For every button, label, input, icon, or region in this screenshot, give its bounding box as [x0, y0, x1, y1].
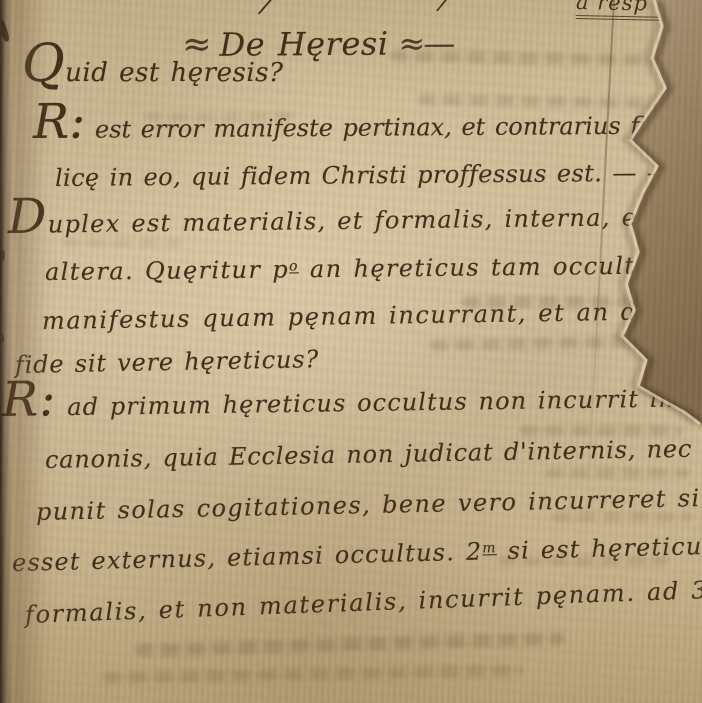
manuscript-text: ∕ ∕ à resp ≈De Hęresi≈— Quid est hęresis…: [0, 0, 702, 703]
page-header-fragment: à resp: [576, 0, 676, 21]
pen-stroke-fragment: ∕: [259, 0, 275, 21]
pen-stroke-fragment: ∕: [437, 0, 451, 17]
manuscript-line-duplex-b: altera. Quęritur po an hęreticus tam occ…: [45, 251, 702, 286]
manuscript-line-response-2e: formalis, et non materialis, incurrit pę…: [24, 575, 702, 629]
manuscript-line-response-2b: canonis, quia Ecclesia non judicat d'int…: [45, 435, 693, 474]
manuscript-line-response-1b: licę in eo, qui fidem Christi proffessus…: [55, 159, 671, 192]
flourish-icon: ≈—: [398, 24, 453, 62]
manuscript-photo: ∕ ∕ à resp ≈De Hęresi≈— Quid est hęresis…: [0, 0, 702, 703]
prev-page-ink-fragment: [0, 334, 4, 343]
manuscript-line-response-2d: esset externus, etiamsi occultus. 2m si …: [12, 532, 702, 577]
manuscript-line-duplex-c: manifestus quam pęnam incurrant, et an d…: [42, 296, 702, 335]
manuscript-line-response-1a: R: est error manifeste pertinax, et cont…: [33, 111, 702, 144]
manuscript-line-duplex-d: fide sit vere hęreticus?: [15, 345, 320, 379]
prev-page-ink-fragment: [0, 250, 5, 261]
manuscript-line-response-2a: R: ad primum hęreticus occultus non incu…: [2, 383, 702, 422]
manuscript-line-response-2c: punit solas cogitationes, bene vero incu…: [36, 484, 701, 526]
manuscript-line-duplex-a: Duplex est materialis, et formalis, inte…: [8, 202, 702, 239]
manuscript-line-question-1: Quid est hęresis?: [22, 58, 283, 88]
